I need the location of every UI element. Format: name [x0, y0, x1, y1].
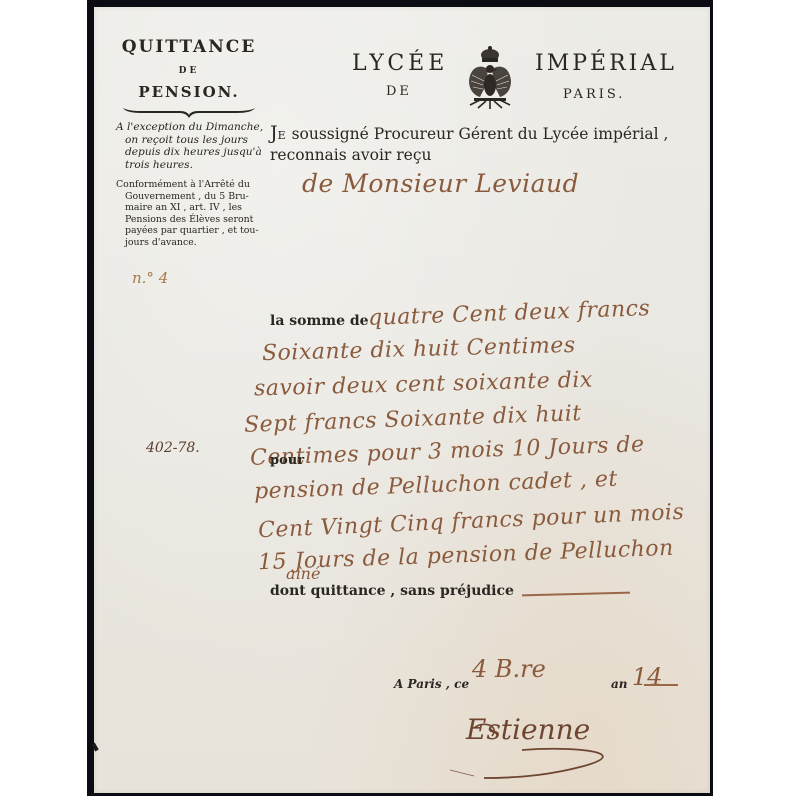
document-paper: QUITTANCE DE PENSION. A l'exception du D… [94, 7, 710, 793]
amount-margin-handwritten: 402-78. [146, 440, 200, 456]
header-paris: PARIS. [563, 87, 625, 102]
declaration-text: soussigné Procureur Gérent du Lycée impé… [287, 125, 669, 143]
sum-handwritten-line: Soixante dix huit Centimes [262, 333, 576, 366]
receipt-title-line1: QUITTANCE [94, 37, 284, 57]
date-day-handwritten: 4 B.re [472, 655, 546, 683]
payer-name-handwritten: de Monsieur Leviaud [302, 169, 579, 198]
sum-handwritten-line: Sept francs Soixante dix huit [244, 401, 582, 438]
receipt-number-handwritten: n.° 4 [132, 269, 168, 287]
pour-label: pour [270, 453, 304, 468]
regulation-line: jours d'avance. [116, 237, 292, 249]
receipt-title-line3: PENSION. [94, 83, 284, 101]
closing-label: dont quittance , sans préjudice [270, 583, 514, 599]
year-label: an [611, 677, 628, 691]
notice-line: A l'exception du Dimanche, [116, 121, 292, 134]
header-lycee: LYCÉE [352, 51, 448, 76]
receipt-title-line2: DE [94, 66, 284, 76]
drop-initial: J [270, 122, 278, 144]
regulation-line: payées par quartier , et tou- [116, 225, 292, 237]
notice-line: on reçoit tous les jours [116, 134, 292, 147]
payment-regulation-notice: Conformément à l'Arrêté du Gouvernement … [116, 179, 292, 248]
sum-label: la somme de [270, 313, 369, 329]
regulation-line: Conformément à l'Arrêté du [116, 179, 292, 191]
year-underline [644, 684, 678, 686]
header-imperial: IMPÉRIAL [535, 51, 677, 76]
sum-handwritten-line: aîné [286, 564, 320, 583]
declaration-line1: JE soussigné Procureur Gérent du Lycée i… [270, 122, 668, 144]
regulation-line: Gouvernement , du 5 Bru- [116, 191, 292, 203]
year-handwritten: 14 [632, 663, 663, 691]
closing-flourish [522, 592, 630, 596]
sum-handwritten-line: Centimes pour 3 mois 10 Jours de [250, 432, 645, 471]
declaration-line2: reconnais avoir reçu [270, 146, 432, 164]
sum-handwritten-line: pension de Pelluchon cadet , et [254, 467, 618, 505]
office-hours-notice: A l'exception du Dimanche, on reçoit tou… [116, 121, 292, 171]
ornamental-brace-icon [122, 107, 256, 119]
header-de: DE [386, 84, 412, 99]
regulation-line: maire an XI , art. IV , les [116, 202, 292, 214]
imperial-eagle-crown-icon [464, 45, 516, 111]
notice-line: trois heures. [116, 159, 292, 172]
notice-line: depuis dix heures jusqu'à [116, 146, 292, 159]
sum-handwritten-line: savoir deux cent soixante dix [254, 368, 593, 402]
sum-handwritten-line: quatre Cent deux francs [368, 296, 651, 331]
regulation-line: Pensions des Élèves seront [116, 214, 292, 226]
date-place-label: A Paris , ce [394, 677, 469, 691]
small-caps-e: E [278, 129, 287, 142]
signature-flourish [444, 722, 624, 782]
